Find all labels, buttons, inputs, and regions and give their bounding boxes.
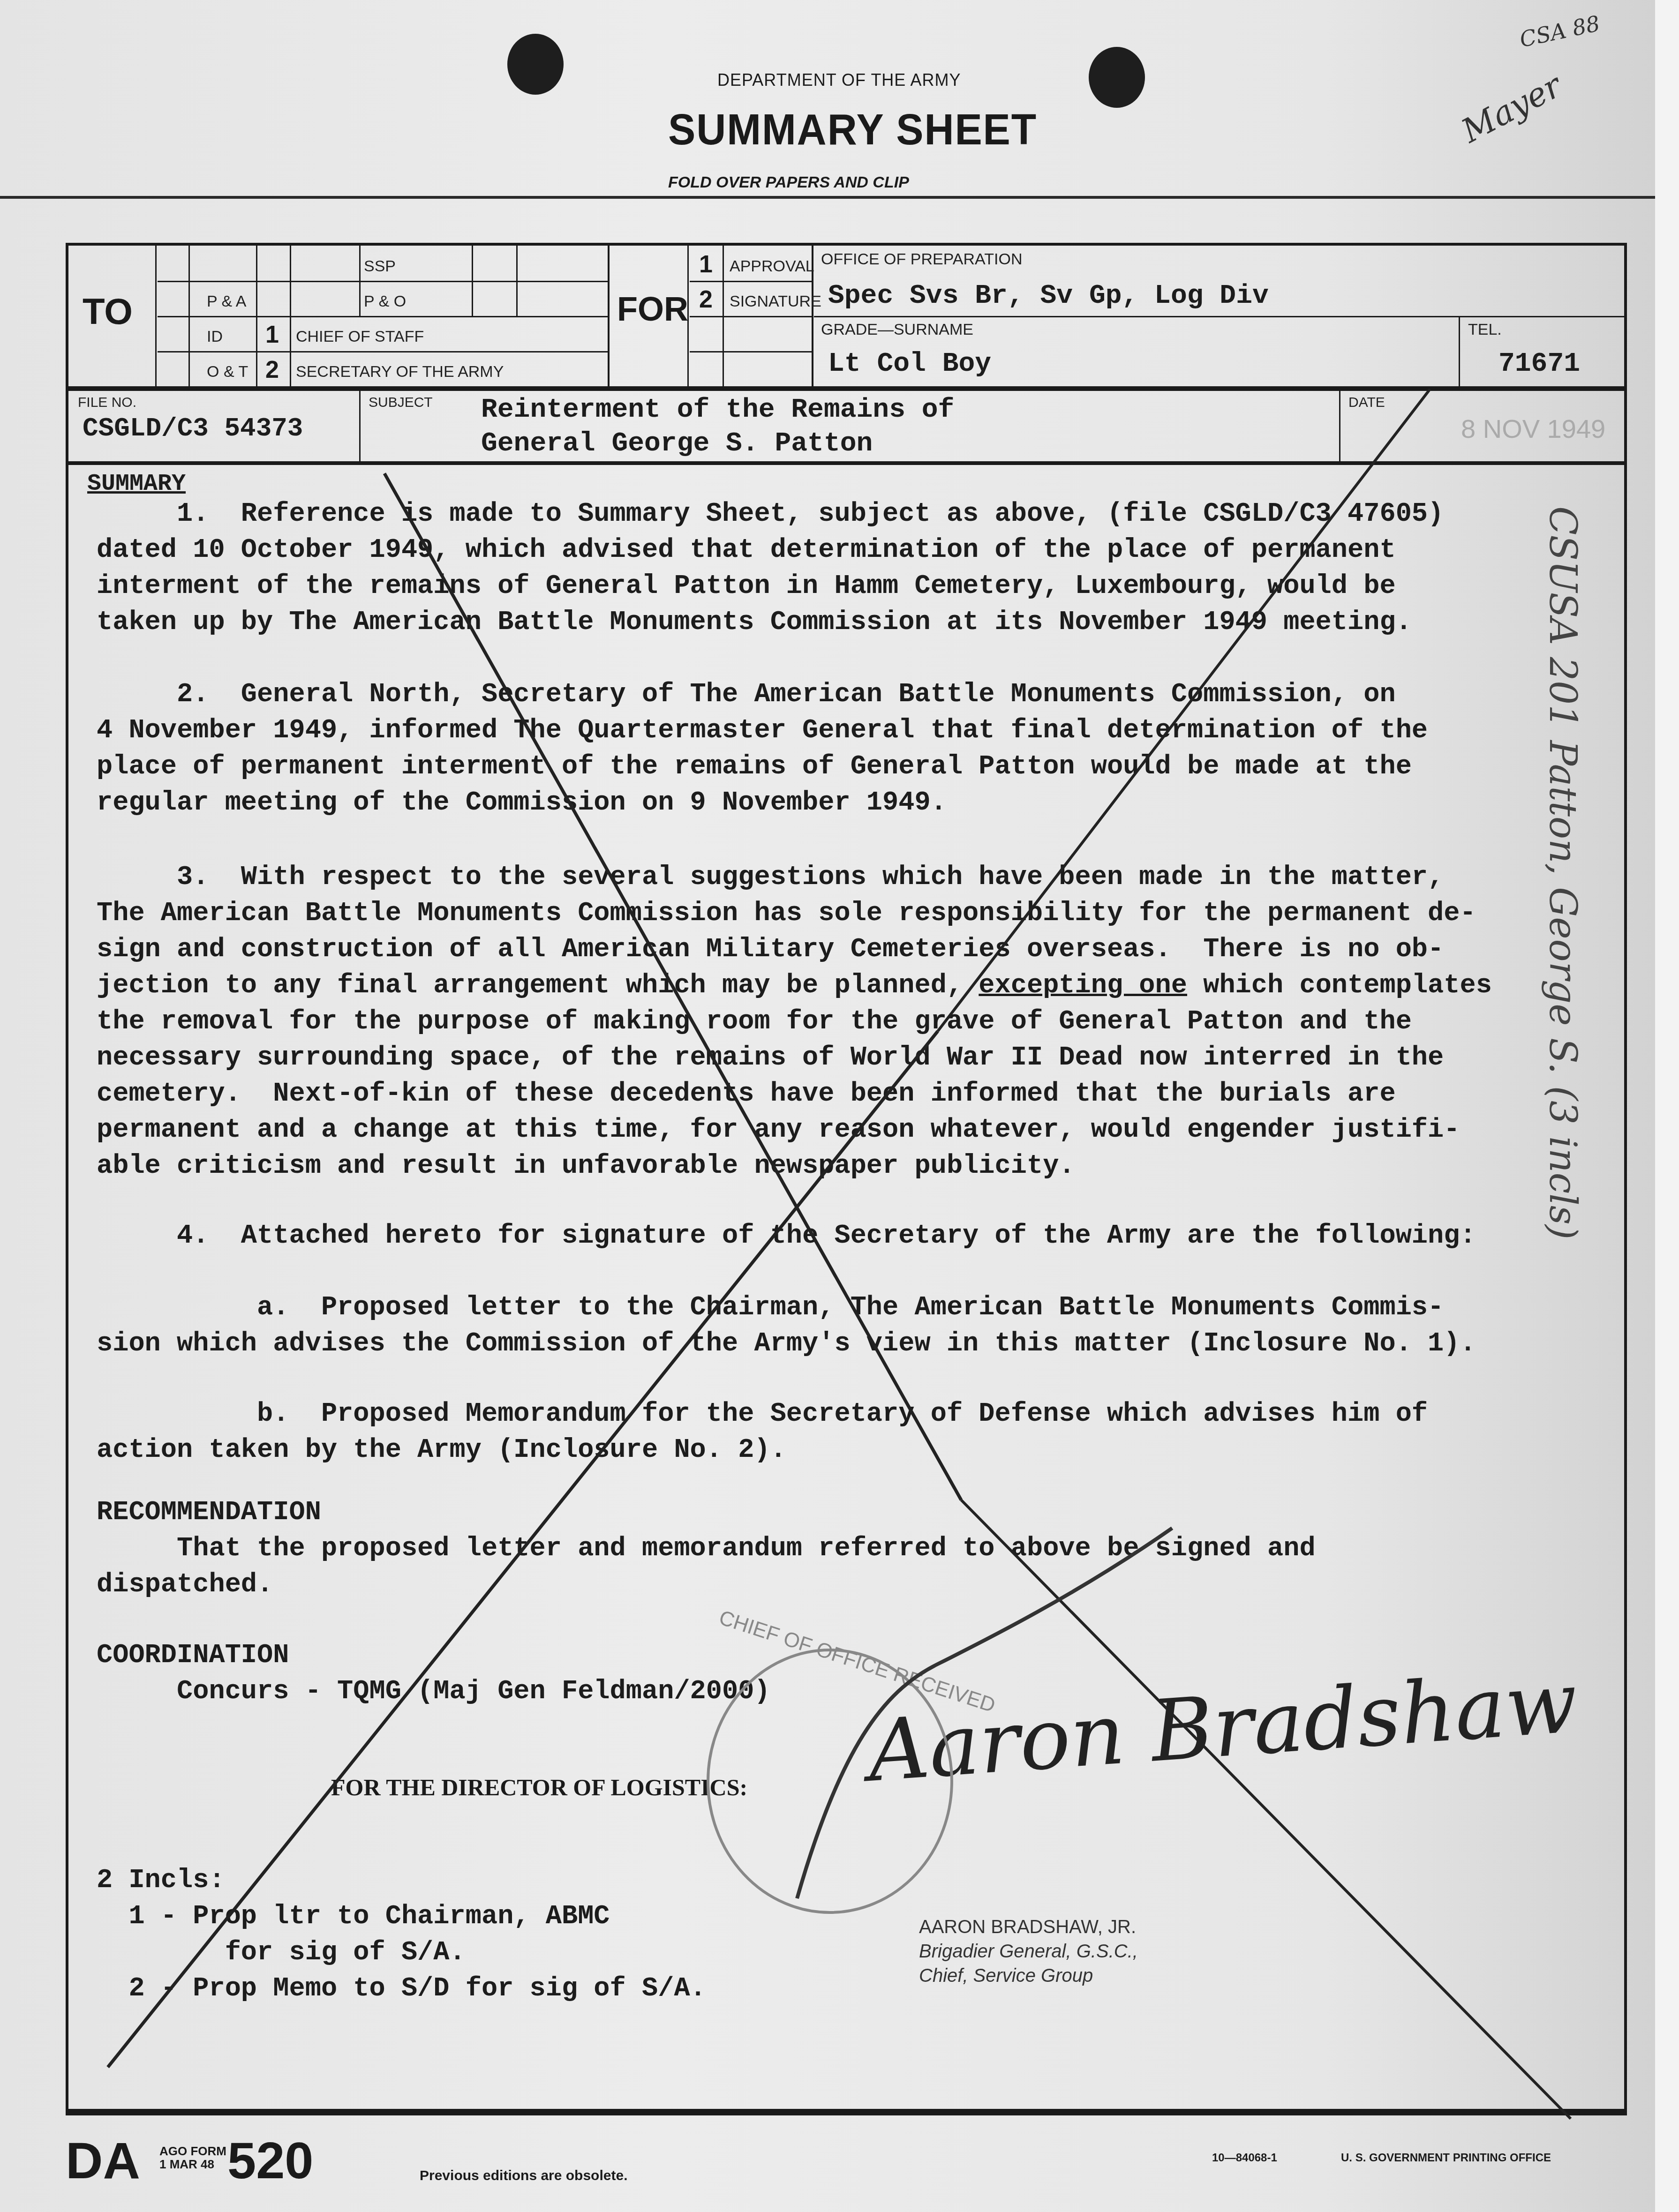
form-number: 520 <box>227 2135 314 2187</box>
form-meta: AGO FORM 1 MAR 48 <box>159 2145 226 2171</box>
obsolete-note: Previous editions are obsolete. <box>420 2169 627 2182</box>
print-code: 10—84068-1 <box>1212 2152 1277 2165</box>
printer-credit: U. S. GOVERNMENT PRINTING OFFICE <box>1341 2152 1551 2165</box>
form-prefix: DA <box>66 2132 140 2190</box>
cross-out-marks <box>0 0 1679 2212</box>
form-designation: DA <box>66 2135 140 2187</box>
